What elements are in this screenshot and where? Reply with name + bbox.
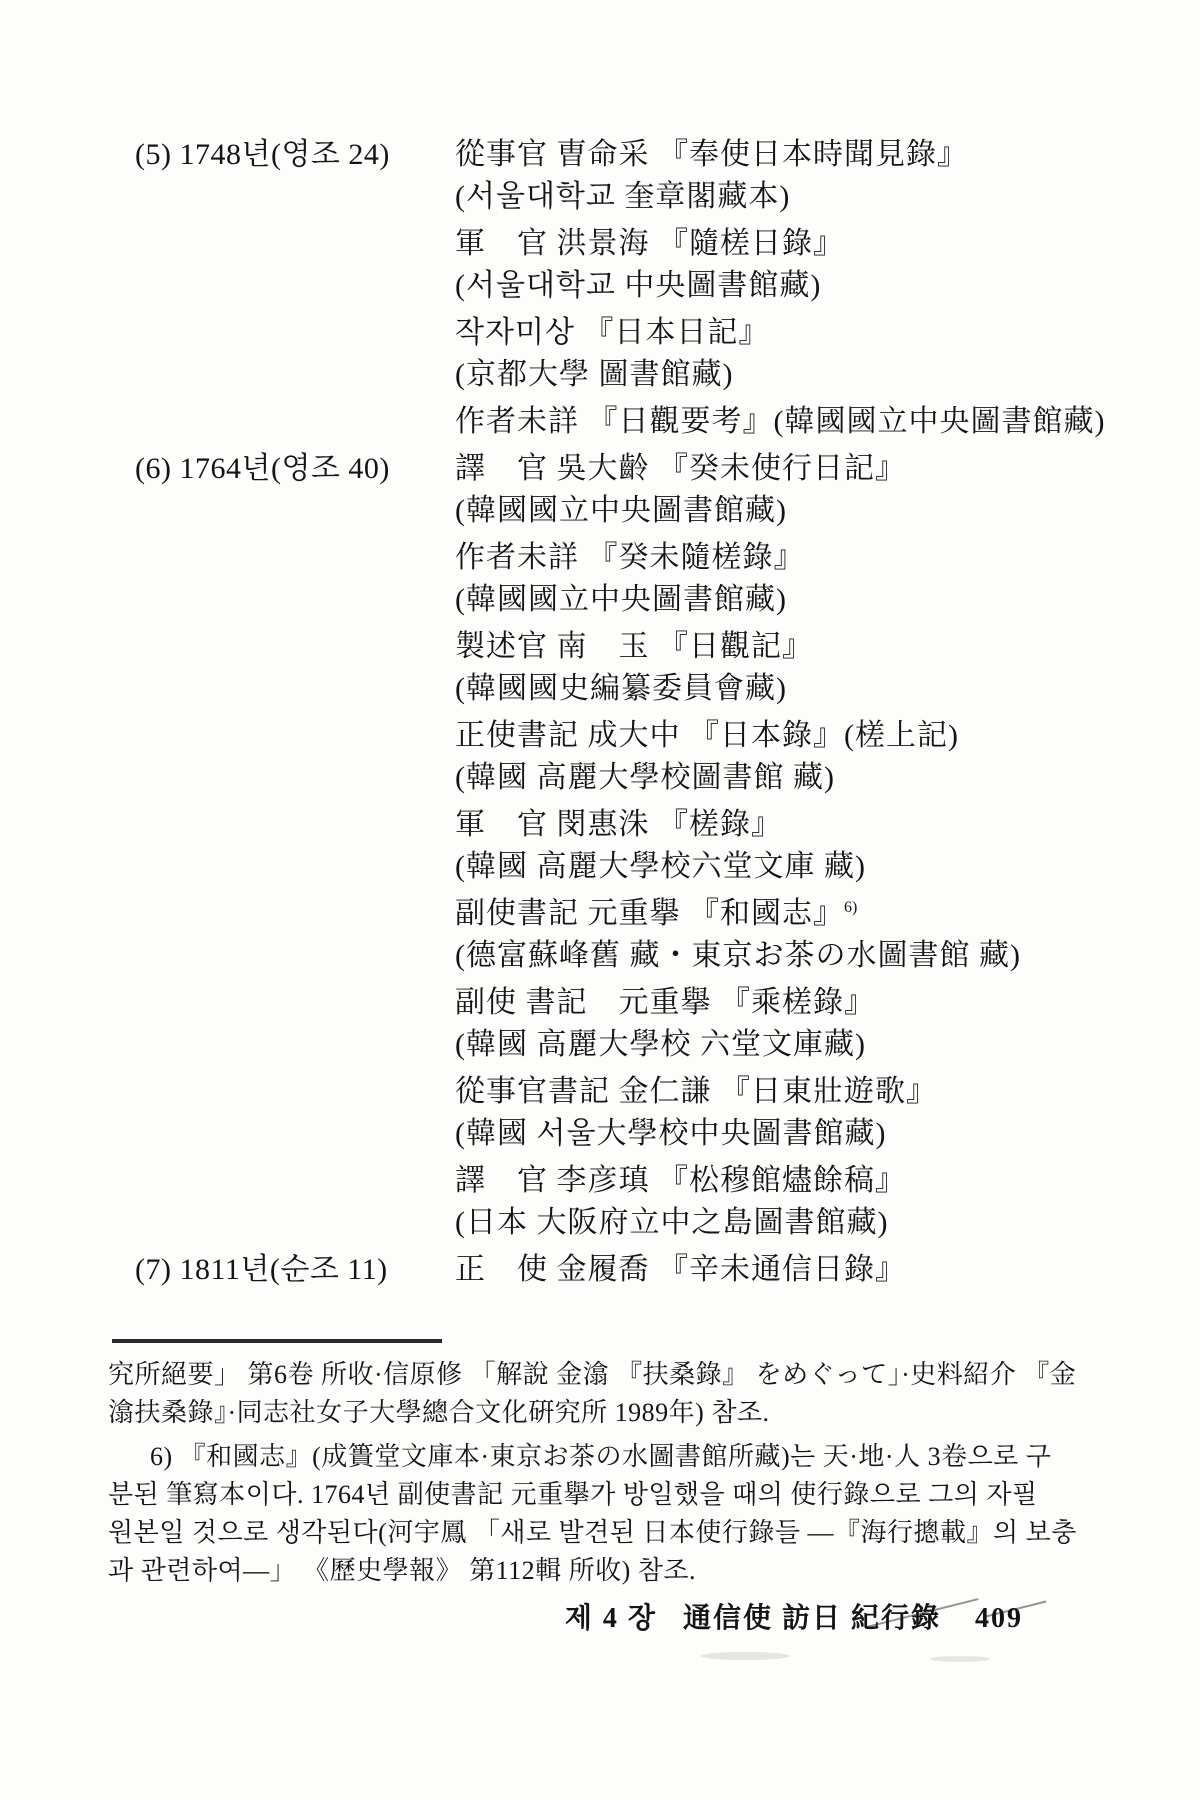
scan-smudge	[930, 1656, 990, 1662]
record-line: (韓國國立中央圖書館藏)	[455, 490, 1160, 532]
record: 製述官 南 玉 『日觀記』(韓國國史編纂委員會藏)	[455, 626, 1160, 710]
footnote-6: 6) 『和國志』(成簣堂文庫本·東京お茶の水圖書館所藏)는 天·地·人 3卷으로…	[108, 1438, 1105, 1590]
record: 軍 官 閔惠洙 『槎錄』(韓國 高麗大學校六堂文庫 藏)	[455, 804, 1160, 888]
record-line: (韓國國立中央圖書館藏)	[455, 579, 1160, 621]
record-line: 軍 官 洪景海 『隨槎日錄』	[455, 223, 1160, 265]
entry-list: (5) 1748년(영조 24)從事官 曺命采 『奉使日本時聞見錄』(서울대학교…	[135, 134, 1160, 1296]
record: 작자미상 『日本日記』(京都大學 圖書館藏)	[455, 312, 1160, 396]
record: 軍 官 洪景海 『隨槎日錄』(서울대학교 中央圖書館藏)	[455, 223, 1160, 307]
footnote-line: 원본일 것으로 생각된다(河宇鳳 「새로 발견된 日本使行錄들 —『海行摠載』의…	[108, 1514, 1105, 1552]
record-line: (京都大學 圖書館藏)	[455, 354, 1160, 396]
footnote-ref: 6)	[844, 899, 857, 916]
record-line: (서울대학교 奎章閣藏本)	[455, 176, 1160, 218]
entry-records: 譯 官 吳大齡 『癸未使行日記』(韓國國立中央圖書館藏)作者未詳 『癸未隨槎錄』…	[455, 448, 1160, 1249]
footnote-line: 潝扶桑錄』·同志社女子大學總合文化硏究所 1989年) 참조.	[108, 1394, 1105, 1432]
entry: (6) 1764년(영조 40)譯 官 吳大齡 『癸未使行日記』(韓國國立中央圖…	[135, 448, 1160, 1249]
record-line: 副使 書記 元重擧 『乘槎錄』	[455, 982, 1160, 1024]
record-line: (韓國國史編纂委員會藏)	[455, 668, 1160, 710]
entry: (5) 1748년(영조 24)從事官 曺命采 『奉使日本時聞見錄』(서울대학교…	[135, 134, 1160, 448]
record: 正 使 金履喬 『辛未通信日錄』	[455, 1249, 1160, 1291]
record: 譯 官 李彦瑱 『松穆館燼餘稿』(日本 大阪府立中之島圖書館藏)	[455, 1160, 1160, 1244]
record: 正使書記 成大中 『日本錄』(槎上記)(韓國 高麗大學校圖書館 藏)	[455, 715, 1160, 799]
record-line: (韓國 高麗大學校 六堂文庫藏)	[455, 1024, 1160, 1066]
entry-year-label: (5) 1748년(영조 24)	[135, 134, 455, 176]
record-line: (서울대학교 中央圖書館藏)	[455, 265, 1160, 307]
record: 副使書記 元重擧 『和國志』6)(德富蘇峰舊 藏・東京お茶の水圖書館 藏)	[455, 893, 1160, 977]
record-line: 譯 官 李彦瑱 『松穆館燼餘稿』	[455, 1160, 1160, 1202]
record-line: 作者未詳 『癸未隨槎錄』	[455, 537, 1160, 579]
record-line: 正使書記 成大中 『日本錄』(槎上記)	[455, 715, 1160, 757]
record-line: (日本 大阪府立中之島圖書館藏)	[455, 1202, 1160, 1244]
record-line: (韓國 서울大學校中央圖書館藏)	[455, 1113, 1160, 1155]
footnote-line: 究所絕要」 第6卷 所收·信原修 「解說 金潝 『扶桑錄』 をめぐって」·史料紹…	[108, 1356, 1105, 1394]
footnote-line: 6) 『和國志』(成簣堂文庫本·東京お茶の水圖書館所藏)는 天·地·人 3卷으로…	[108, 1438, 1105, 1476]
record-line: (韓國 高麗大學校六堂文庫 藏)	[455, 846, 1160, 888]
record-line: 作者未詳 『日觀要考』(韓國國立中央圖書館藏)	[455, 401, 1160, 443]
entry: (7) 1811년(순조 11)正 使 金履喬 『辛未通信日錄』	[135, 1249, 1160, 1296]
entry-year-label: (7) 1811년(순조 11)	[135, 1249, 455, 1291]
chapter-label: 제 4 장	[565, 1603, 657, 1634]
scan-smudge	[700, 1652, 790, 1660]
record-line: 從事官 曺命采 『奉使日本時聞見錄』	[455, 134, 1160, 176]
record-line: 譯 官 吳大齡 『癸未使行日記』	[455, 448, 1160, 490]
footnote-separator-rule	[112, 1339, 442, 1343]
scanned-book-page: (5) 1748년(영조 24)從事官 曺命采 『奉使日本時聞見錄』(서울대학교…	[0, 0, 1200, 1800]
footnote-5-continuation: 究所絕要」 第6卷 所收·信原修 「解說 金潝 『扶桑錄』 をめぐって」·史料紹…	[108, 1356, 1105, 1432]
footnotes: 究所絕要」 第6卷 所收·信原修 「解說 金潝 『扶桑錄』 をめぐって」·史料紹…	[108, 1356, 1105, 1590]
record-line: 軍 官 閔惠洙 『槎錄』	[455, 804, 1160, 846]
record: 作者未詳 『癸未隨槎錄』(韓國國立中央圖書館藏)	[455, 537, 1160, 621]
record: 作者未詳 『日觀要考』(韓國國立中央圖書館藏)	[455, 401, 1160, 443]
record-line: (德富蘇峰舊 藏・東京お茶の水圖書館 藏)	[455, 935, 1160, 977]
page-footer: 제 4 장通信使 訪日 紀行錄409	[565, 1596, 1023, 1636]
entry-year-label: (6) 1764년(영조 40)	[135, 448, 455, 490]
footnote-line: 분된 筆寫本이다. 1764년 副使書記 元重擧가 방일했을 때의 使行錄으로 …	[108, 1476, 1105, 1514]
record-line: 製述官 南 玉 『日觀記』	[455, 626, 1160, 668]
record: 譯 官 吳大齡 『癸未使行日記』(韓國國立中央圖書館藏)	[455, 448, 1160, 532]
record-line: (韓國 高麗大學校圖書館 藏)	[455, 757, 1160, 799]
record: 副使 書記 元重擧 『乘槎錄』(韓國 高麗大學校 六堂文庫藏)	[455, 982, 1160, 1066]
footnote-line: 과 관련하여—」 《歷史學報》 第112輯 所收) 참조.	[108, 1552, 1105, 1590]
record-line: 작자미상 『日本日記』	[455, 312, 1160, 354]
record: 從事官 曺命采 『奉使日本時聞見錄』(서울대학교 奎章閣藏本)	[455, 134, 1160, 218]
record: 從事官書記 金仁謙 『日東壯遊歌』(韓國 서울大學校中央圖書館藏)	[455, 1071, 1160, 1155]
entry-records: 正 使 金履喬 『辛未通信日錄』	[455, 1249, 1160, 1296]
record-line: 副使書記 元重擧 『和國志』6)	[455, 893, 1160, 935]
record-line: 正 使 金履喬 『辛未通信日錄』	[455, 1249, 1160, 1291]
record-line: 從事官書記 金仁謙 『日東壯遊歌』	[455, 1071, 1160, 1113]
entry-records: 從事官 曺命采 『奉使日本時聞見錄』(서울대학교 奎章閣藏本)軍 官 洪景海 『…	[455, 134, 1160, 448]
